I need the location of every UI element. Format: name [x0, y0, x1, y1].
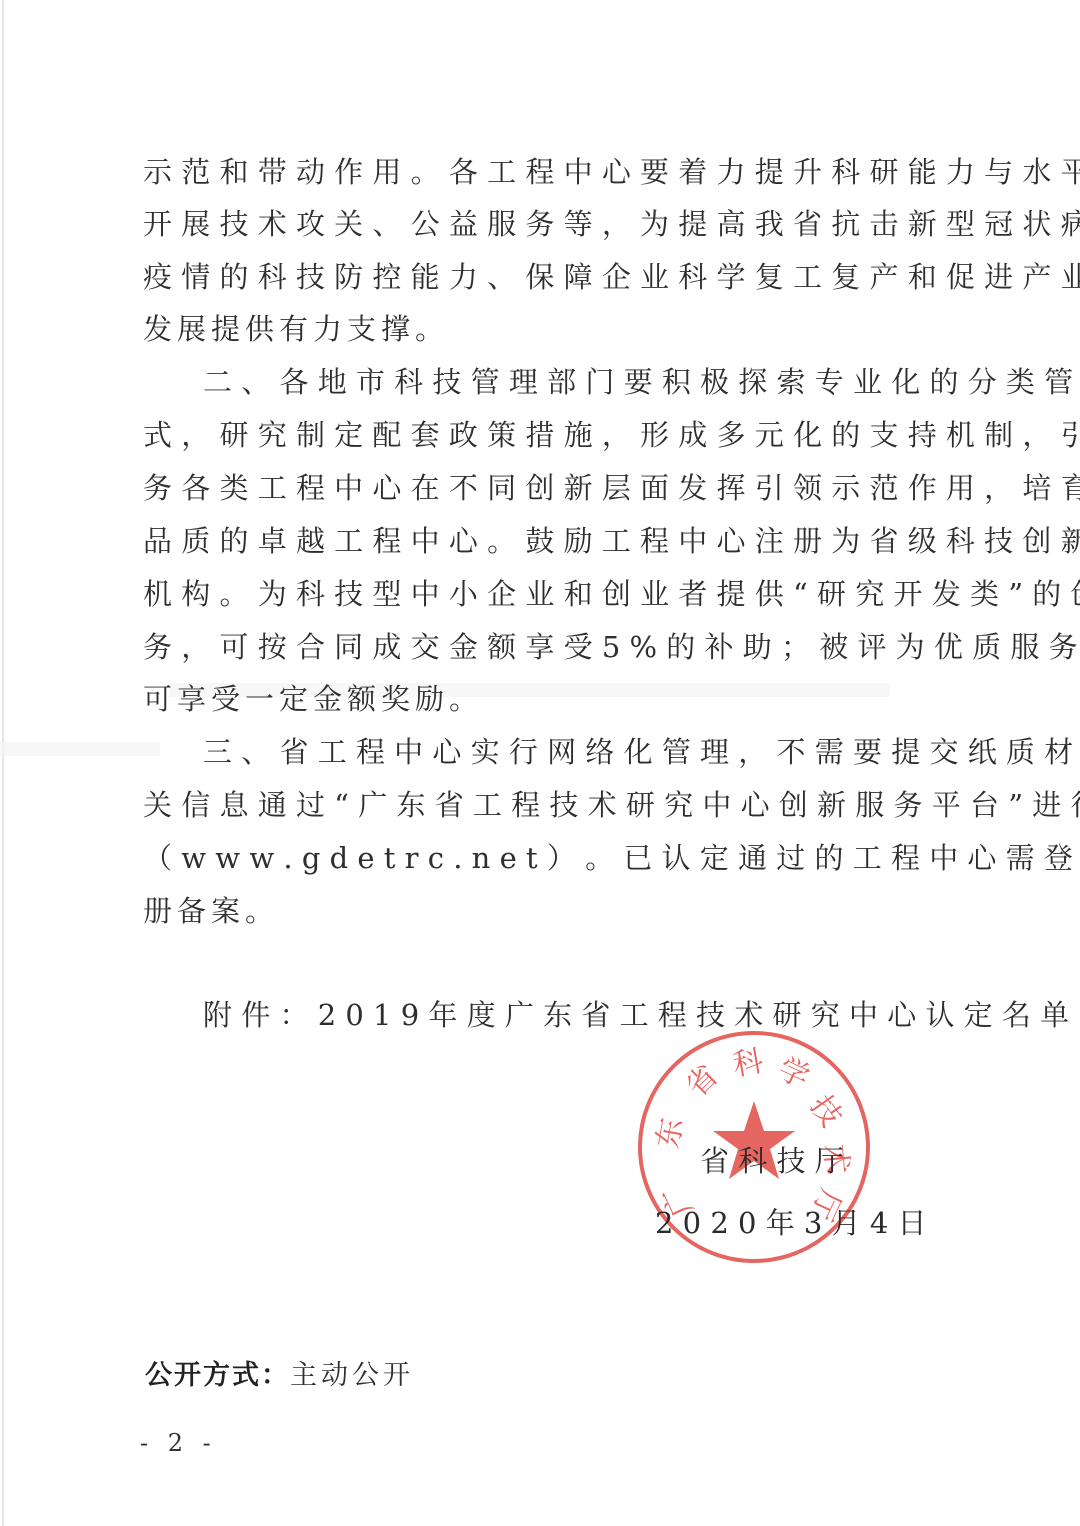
- page-number: - 2 -: [140, 1428, 217, 1458]
- text-line: 二 、 各 地 市 科 技 管 理 部 门 要 积 极 探 索 专 业 化 的 …: [203, 362, 970, 402]
- text-line: 示 范 和 带 动 作 用 。 各 工 程 中 心 要 着 力 提 升 科 研 …: [143, 152, 970, 192]
- text-line: 册备案。: [143, 891, 970, 931]
- issuer-name: 省 科 技 厅: [700, 1142, 812, 1180]
- svg-text:科: 科: [730, 1044, 766, 1084]
- issue-date: 2 0 2 0 年 3 月 4 日: [655, 1203, 860, 1243]
- svg-text:省: 省: [679, 1058, 725, 1104]
- text-line: 三 、 省 工 程 中 心 实 行 网 络 化 管 理 ， 不 需 要 提 交 …: [203, 732, 970, 772]
- disclosure-method: 公开方式：主动公开: [145, 1356, 414, 1396]
- text-line: 式 ， 研 究 制 定 配 套 政 策 措 施 ， 形 成 多 元 化 的 支 …: [143, 415, 970, 455]
- scan-edge: [2, 0, 4, 1526]
- text-line: 可享受一定金额奖励。: [143, 679, 970, 719]
- disclosure-label: 公开方式：: [145, 1360, 290, 1391]
- document-page: 示 范 和 带 动 作 用 。 各 工 程 中 心 要 着 力 提 升 科 研 …: [0, 0, 1080, 1526]
- svg-text:学: 学: [773, 1051, 815, 1095]
- text-line: 务 ， 可 按 合 同 成 交 金 额 享 受 5 % 的 补 助 ； 被 评 …: [143, 627, 970, 667]
- text-line: 品 质 的 卓 越 工 程 中 心 。 鼓 励 工 程 中 心 注 册 为 省 …: [143, 521, 970, 561]
- text-line: （ w w w . g d e t r c . n e t ） 。 已 认 定 …: [143, 838, 970, 878]
- text-line: 开 展 技 术 攻 关 、 公 益 服 务 等 ， 为 提 高 我 省 抗 击 …: [143, 204, 970, 244]
- scan-artifact: [0, 742, 160, 756]
- text-line: 关 信 息 通 过 “ 广 东 省 工 程 技 术 研 究 中 心 创 新 服 …: [143, 785, 970, 825]
- text-line: 机 构 。 为 科 技 型 中 小 企 业 和 创 业 者 提 供 “ 研 究 …: [143, 574, 970, 614]
- svg-text:东: 东: [651, 1115, 691, 1151]
- text-line: 疫 情 的 科 技 防 控 能 力 、 保 障 企 业 科 学 复 工 复 产 …: [143, 257, 970, 297]
- text-line: 发展提供有力支撑。: [143, 309, 970, 349]
- svg-text:技: 技: [803, 1089, 849, 1134]
- disclosure-value: 主动公开: [290, 1360, 414, 1391]
- text-line: 务 各 类 工 程 中 心 在 不 同 创 新 层 面 发 挥 引 领 示 范 …: [143, 468, 970, 508]
